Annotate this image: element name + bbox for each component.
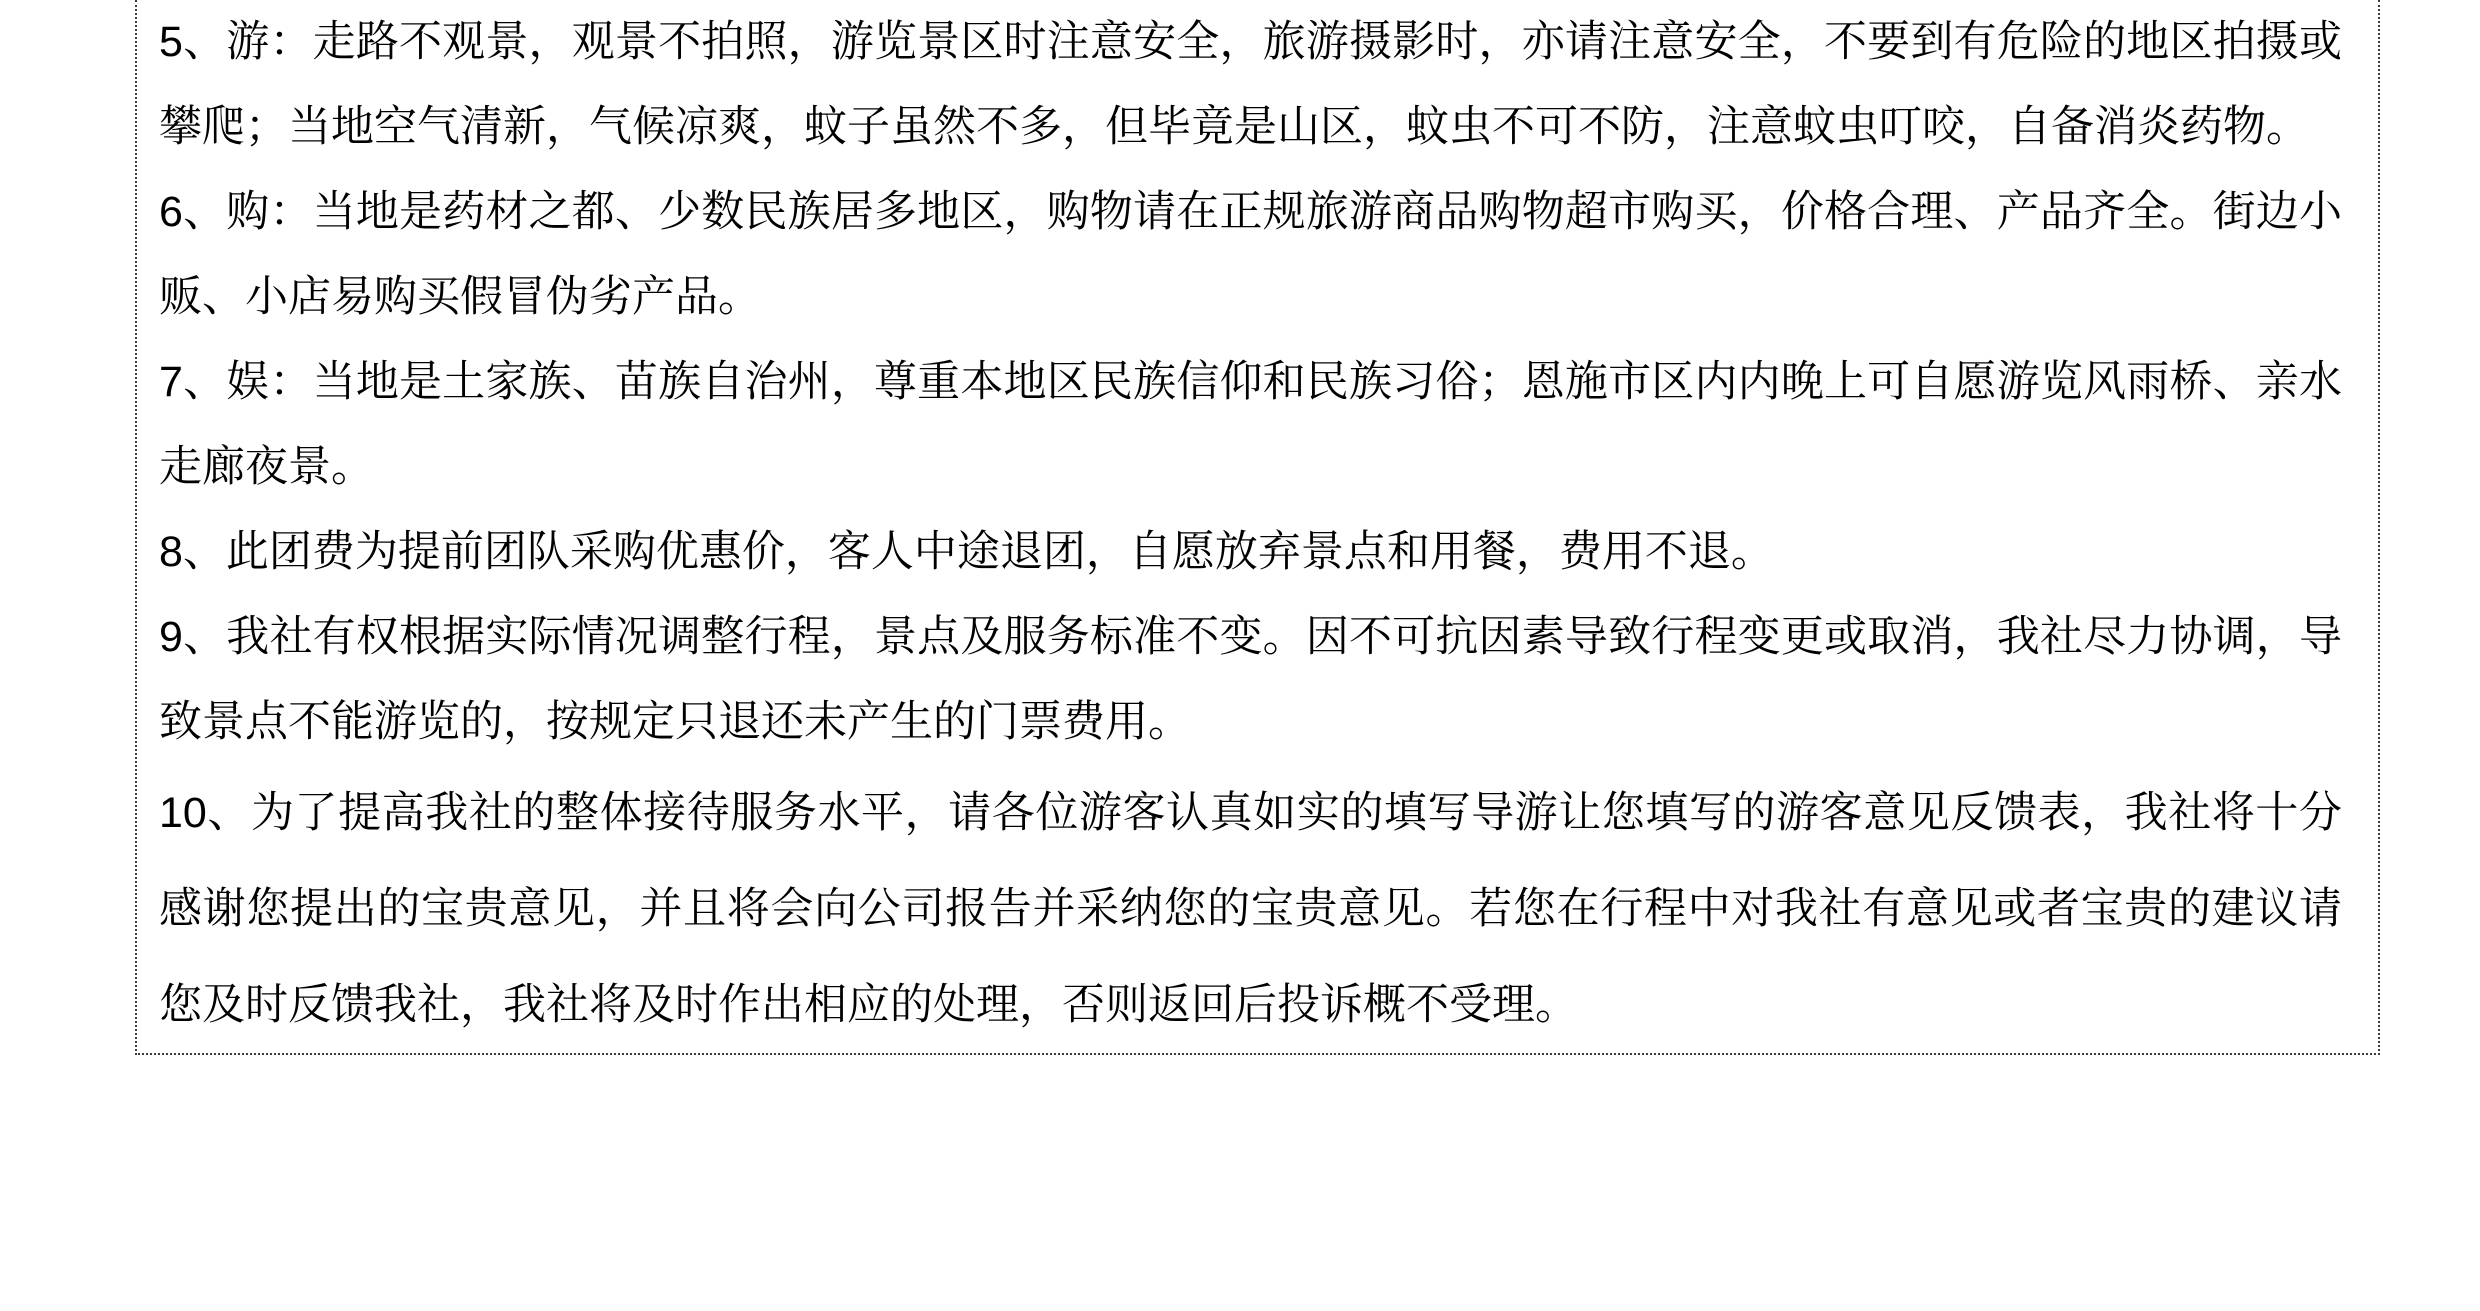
- note-paragraph-10-feedback: 10、为了提高我社的整体接待服务水平，请各位游客认真如实的填写导游让您填写的游客…: [159, 765, 2342, 1053]
- note-paragraph-9-itinerary-adjustment: 9、我社有权根据实际情况调整行程，景点及服务标准不变。因不可抗因素导致行程变更或…: [159, 595, 2342, 765]
- note-paragraph-7-entertainment: 7、娱：当地是土家族、苗族自治州，尊重本地区民族信仰和民族习俗；恩施市区内内晚上…: [159, 340, 2342, 510]
- note-paragraph-6-shopping: 6、购：当地是药材之都、少数民族居多地区，购物请在正规旅游商品购物超市购买，价格…: [159, 170, 2342, 340]
- note-paragraph-8-refund: 8、此团费为提前团队采购优惠价，客人中途退团，自愿放弃景点和用餐，费用不退。: [159, 510, 2342, 595]
- note-paragraph-5-tour: 5、游：走路不观景，观景不拍照，游览景区时注意安全，旅游摄影时，亦请注意安全，不…: [159, 0, 2342, 170]
- travel-notes-box: 5、游：走路不观景，观景不拍照，游览景区时注意安全，旅游摄影时，亦请注意安全，不…: [135, 0, 2380, 1055]
- document-page: 5、游：走路不观景，观景不拍照，游览景区时注意安全，旅游摄影时，亦请注意安全，不…: [0, 0, 2480, 1311]
